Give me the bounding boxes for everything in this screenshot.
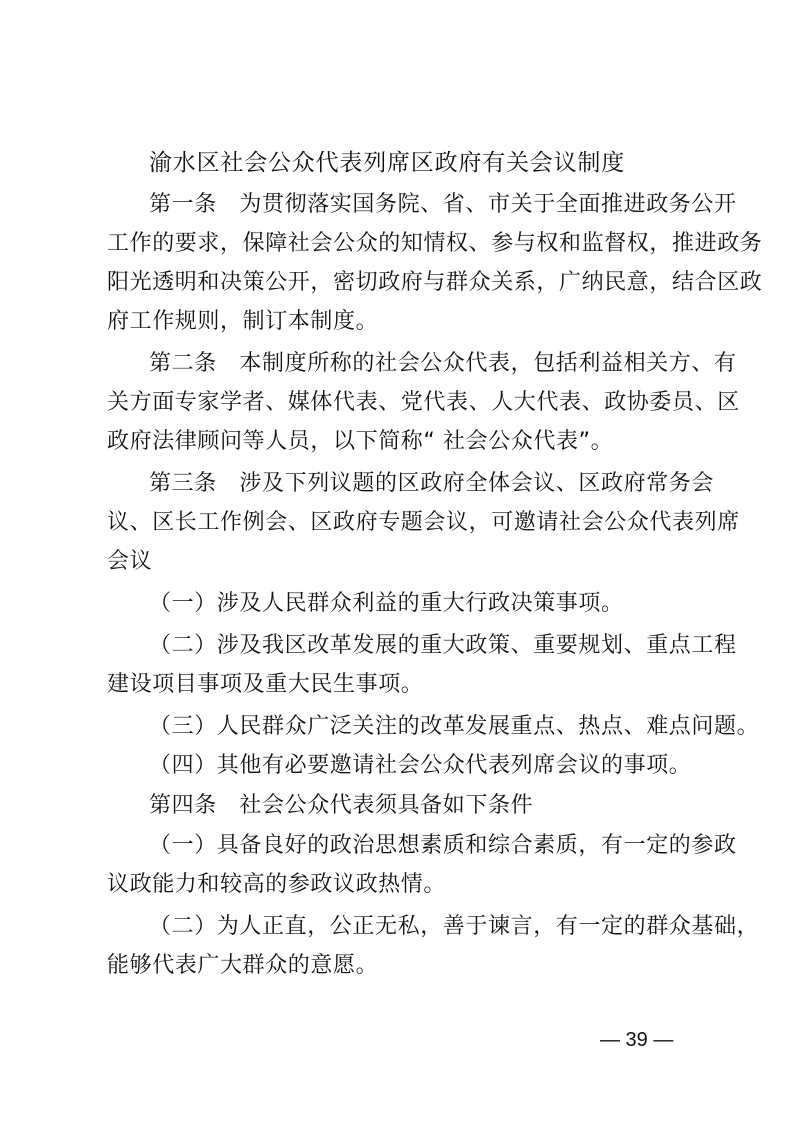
article-1-line-3: 阳光透明和决策公开，密切政府与群众关系，广纳民意，结合区政 xyxy=(107,269,697,297)
article-3-item-3: （三）人民群众广泛关注的改革发展重点、热点、难点问题。 xyxy=(149,713,697,741)
article-4-item-2-line-1: （二）为人正直，公正无私，善于谏言，有一定的群众基础， xyxy=(149,913,697,941)
page-number: — 39 — xyxy=(600,1028,673,1052)
article-2-line-2: 关方面专家学者、媒体代表、党代表、人大代表、政协委员、区 xyxy=(107,389,697,417)
article-3-item-4: （四）其他有必要邀请社会公众代表列席会议的事项。 xyxy=(149,752,697,780)
article-3-item-1: （一）涉及人民群众利益的重大行政决策事项。 xyxy=(149,590,697,618)
article-1-line-1: 第一条 为贯彻落实国务院、省、市关于全面推进政务公开 xyxy=(149,191,697,219)
document-page: 渝水区社会公众代表列席区政府有关会议制度 第一条 为贯彻落实国务院、省、市关于全… xyxy=(0,0,793,1122)
document-title: 渝水区社会公众代表列席区政府有关会议制度 xyxy=(149,149,697,177)
article-3-line-1: 第三条 涉及下列议题的区政府全体会议、区政府常务会 xyxy=(149,470,697,498)
article-3-line-2: 议、区长工作例会、区政府专题会议，可邀请社会公众代表列席 xyxy=(107,509,697,537)
article-1-line-4: 府工作规则，制订本制度。 xyxy=(107,308,697,336)
article-4-item-2-line-2: 能够代表广大群众的意愿。 xyxy=(107,952,697,980)
article-1-line-2: 工作的要求，保障社会公众的知情权、参与权和监督权，推进政务 xyxy=(107,230,697,258)
article-4-item-1-line-1: （一）具备良好的政治思想素质和综合素质，有一定的参政 xyxy=(149,832,697,860)
article-2-line-3: 政府法律顾问等人员，以下简称“ 社会公众代表”。 xyxy=(107,428,697,456)
article-4-item-1-line-2: 议政能力和较高的参政议政热情。 xyxy=(107,871,697,899)
article-3-item-2-line-2: 建设项目事项及重大民生事项。 xyxy=(107,671,697,699)
article-4-line-1: 第四条 社会公众代表须具备如下条件 xyxy=(149,792,697,820)
article-3-item-2-line-1: （二）涉及我区改革发展的重大政策、重要规划、重点工程 xyxy=(149,632,697,660)
article-3-line-3: 会议 xyxy=(107,548,697,576)
article-2-line-1: 第二条 本制度所称的社会公众代表，包括利益相关方、有 xyxy=(149,350,697,378)
